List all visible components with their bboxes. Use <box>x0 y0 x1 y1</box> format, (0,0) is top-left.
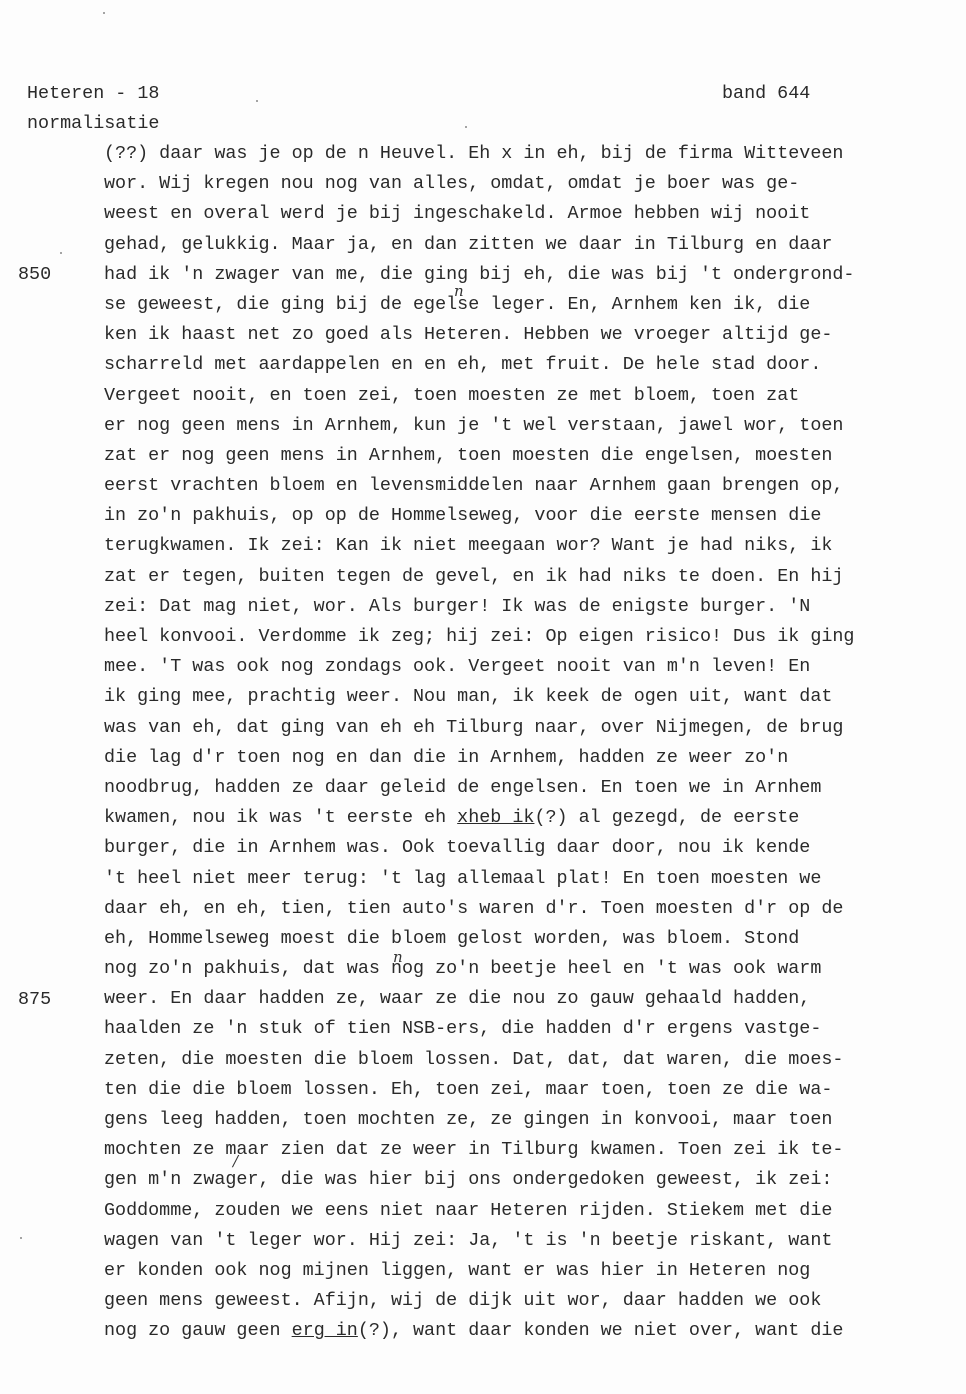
transcript-line: wagen van 't leger wor. Hij zei: Ja, 't … <box>104 1226 954 1256</box>
transcript-line: noodbrug, hadden ze daar geleid de engel… <box>104 773 954 803</box>
document-page: Heteren - 18 normalisatie band 644 85087… <box>0 0 966 1394</box>
scan-speck <box>60 252 62 254</box>
transcript-line: gens leeg hadden, toen mochten ze, ze gi… <box>104 1105 954 1135</box>
transcript-line: 't heel niet meer terug: 't lag allemaal… <box>104 864 954 894</box>
uncertain-transcription: xheb ik <box>457 807 534 828</box>
scan-speck <box>465 126 467 128</box>
scan-speck <box>20 1237 22 1239</box>
transcript-line: ten die die bloem lossen. Eh, toen zei, … <box>104 1075 954 1105</box>
transcript-line: eh, Hommelseweg moest die bloem gelost w… <box>104 924 954 954</box>
scan-speck <box>256 100 258 102</box>
transcript-line: scharreld met aardappelen en en eh, met … <box>104 350 954 380</box>
handwritten-stroke: / <box>233 1152 238 1170</box>
transcript-line: zei: Dat mag niet, wor. Als burger! Ik w… <box>104 592 954 622</box>
transcript-line: daar eh, en eh, tien, tien auto's waren … <box>104 894 954 924</box>
transcript-line: had ik 'n zwager van me, die ging bij eh… <box>104 260 954 290</box>
transcript-line: er nog geen mens in Arnhem, kun je 't we… <box>104 411 954 441</box>
transcript-line: nog zo gauw geen erg in(?), want daar ko… <box>104 1316 954 1346</box>
scan-speck <box>103 12 105 14</box>
transcript-line: ken ik haast net zo goed als Heteren. He… <box>104 320 954 350</box>
transcript-line: weest en overal werd je bij ingeschakeld… <box>104 199 954 229</box>
transcript-line: mochten ze maar zien dat ze weer in Tilb… <box>104 1135 954 1165</box>
transcript-line: haalden ze 'n stuk of tien NSB-ers, die … <box>104 1014 954 1044</box>
transcript-line: se geweest, die ging bij de egelse leger… <box>104 290 954 320</box>
transcript-line: zat er tegen, buiten tegen de gevel, en … <box>104 562 954 592</box>
document-title: Heteren - 18 <box>27 79 159 109</box>
transcript-line: nog zo'n pakhuis, dat was nog zo'n beetj… <box>104 954 954 984</box>
transcript-line: wor. Wij kregen nou nog van alles, omdat… <box>104 169 954 199</box>
line-number: 850 <box>18 260 51 290</box>
transcript-line: gen m'n zwager, die was hier bij ons ond… <box>104 1165 954 1195</box>
line-number: 875 <box>18 985 51 1015</box>
handwritten-correction: n <box>454 282 464 300</box>
transcript-line: geen mens geweest. Afijn, wij de dijk ui… <box>104 1286 954 1316</box>
transcript-line: er konden ook nog mijnen liggen, want er… <box>104 1256 954 1286</box>
transcript-line: zat er nog geen mens in Arnhem, toen moe… <box>104 441 954 471</box>
transcript-line: in zo'n pakhuis, op op de Hommelseweg, v… <box>104 501 954 531</box>
transcript-line: gehad, gelukkig. Maar ja, en dan zitten … <box>104 230 954 260</box>
document-subtitle: normalisatie <box>27 109 159 139</box>
handwritten-correction: n <box>393 948 403 966</box>
transcript-line: (??) daar was je op de n Heuvel. Eh x in… <box>104 139 954 169</box>
transcript-line: zeten, die moesten die bloem lossen. Dat… <box>104 1045 954 1075</box>
uncertain-transcription: erg in <box>292 1320 358 1341</box>
transcript-line: die lag d'r toen nog en dan die in Arnhe… <box>104 743 954 773</box>
transcript-line: eerst vrachten bloem en levensmiddelen n… <box>104 471 954 501</box>
transcript-line: terugkwamen. Ik zei: Kan ik niet meegaan… <box>104 531 954 561</box>
transcript-line: kwamen, nou ik was 't eerste eh xheb ik(… <box>104 803 954 833</box>
transcript-line: Goddomme, zouden we eens niet naar Heter… <box>104 1196 954 1226</box>
transcript-line: burger, die in Arnhem was. Ook toevallig… <box>104 833 954 863</box>
transcript-line: mee. 'T was ook nog zondags ook. Vergeet… <box>104 652 954 682</box>
transcript-line: heel konvooi. Verdomme ik zeg; hij zei: … <box>104 622 954 652</box>
transcript-line: was van eh, dat ging van eh eh Tilburg n… <box>104 713 954 743</box>
transcript-line: Vergeet nooit, en toen zei, toen moesten… <box>104 381 954 411</box>
transcript-line: weer. En daar hadden ze, waar ze die nou… <box>104 984 954 1014</box>
transcript-body: (??) daar was je op de n Heuvel. Eh x in… <box>104 139 954 1347</box>
tape-label: band 644 <box>722 79 810 109</box>
transcript-line: ik ging mee, prachtig weer. Nou man, ik … <box>104 682 954 712</box>
